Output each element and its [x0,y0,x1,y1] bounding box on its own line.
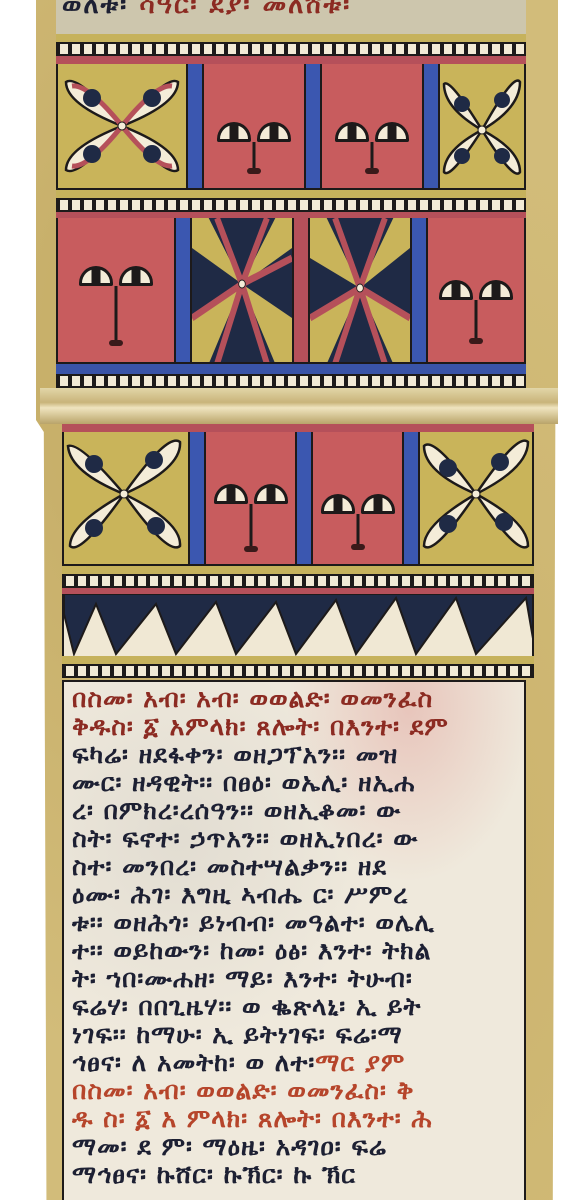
eight-point-star-cell [192,218,292,364]
blue-divider [295,432,313,564]
film-border [56,374,526,388]
blue-divider [188,432,206,564]
text-line: ኅፀና፡ ለ አመትከ፡ ወ ለተ፡ማር ያም [72,1048,520,1078]
panel-3 [62,432,534,564]
eye-icon [439,280,473,300]
star-flower-icon [58,64,186,188]
mouth [244,546,258,552]
eyes [439,280,513,300]
text-segment: ማር ያም [315,1048,405,1077]
film-border [56,42,526,56]
blue-divider [186,64,204,188]
eight-point-star-cell [310,218,410,364]
star-flower-cell [58,64,186,188]
ochre-band [56,188,526,198]
text-line: ፍሬሃ፡ በበጊዜሃ፡፡ ወ ቈጽላኒ፡ ኢ ይት [72,992,520,1022]
ochre-band [62,564,534,574]
eyes [335,122,409,142]
text-line: ረ፡ በምክረ፡ረሰዓን፡፡ ወዘኢቆመ፡ ው [72,796,520,826]
eye-icon [479,280,513,300]
eye-icon [119,266,153,286]
eye-icon [321,494,355,514]
nose [253,142,256,168]
text-line: ት፡ ኀበ፡ሙሐዘ፡ ማይ፡ እንተ፡ ትሁብ፡ [72,964,520,994]
eyes [214,484,288,504]
text-line: ቱ፡፡ ወዘሕጎ፡ ይነብብ፡ መዓልተ፡ ወሌሊ [72,908,520,938]
text-line: ማመ፡ ደ ም፡ ማዕዜ፡ አዳገዐ፡ ፍሬ [72,1132,520,1162]
text-line: ዕሙ፡ ሕገ፡ እግዚ ኣብሔ ር፡ ሥምረ [72,880,520,910]
sawtooth-triangles-icon [64,594,534,656]
red-divider [292,218,310,364]
star-flower-cell [420,432,532,564]
eyes [79,266,153,286]
mouth [109,340,123,346]
eight-point-star-icon [192,218,292,364]
mouth [351,544,365,550]
eye-icon [335,122,369,142]
nose [356,514,359,544]
red-band [62,424,534,432]
text-line: ዱ ስ፡ ፩ አ ምላክ፡ ጸሎት፡ በእንተ፡ ሕ [72,1104,520,1134]
red-band [56,56,526,64]
text-line: ማኅፀና፡ ኩሸር፡ ኩኽር፡ ኩ ኽር [72,1160,520,1190]
text-line: ስት፡ ፍኖተ፡ ኃጥአን፡፡ ወዘኢነበረ፡ ው [72,824,520,854]
top-text-segment: መለሸቱ፡ [263,0,352,20]
eye-icon [257,122,291,142]
face-cell [206,432,295,564]
scroll-fold [40,388,558,424]
text-line: በስመ፡ አብ፡ ወወልድ፡ ወመንፈስ፡ ቅ [72,1076,520,1106]
star-flower-cell [64,432,188,564]
top-text-segment: ወለቱ፡ [62,0,128,20]
nose [371,142,374,168]
text-segment: ኅፀና፡ ለ አመትከ፡ ወ ለተ፡ [72,1048,315,1077]
blue-divider [422,64,440,188]
film-border [56,198,526,212]
panel-2 [56,218,526,364]
film-border [62,574,534,588]
face-cell [313,432,402,564]
text-line: በስመ፡ አብ፡ አብ፡ ወወልድ፡ ወመንፈስ [72,684,520,714]
eyes [217,122,291,142]
mouth [247,168,261,174]
star-flower-icon [420,432,532,564]
top-text-segment: ሳዓር፡ ደያ፡ [128,0,262,20]
text-line: ፍካሬ፡ ዘደፋቀን፡ ወዘጋፕአን፡፡ መዝ [72,740,520,770]
face-cell [322,64,422,188]
text-line: ስተ፡ መንበረ፡ መስተሣልቃን፡፡ ዘደ [72,852,520,882]
film-border [62,664,534,678]
text-line: ተ፡፡ ወይከውን፡ ከመ፡ ዕፅ፡ እንተ፡ ትክል [72,936,520,966]
eye-icon [361,494,395,514]
eye-icon [254,484,288,504]
top-text-strip: ወለቱ፡ ሳዓር፡ ደያ፡ መለሸቱ፡ [56,0,526,36]
top-text-line: ወለቱ፡ ሳዓር፡ ደያ፡ መለሸቱ፡ [62,0,351,21]
mouth [365,168,379,174]
panel-1 [56,64,526,188]
triangle-band [62,594,534,656]
nose [115,286,118,340]
eye-icon [214,484,248,504]
eye-icon [375,122,409,142]
face-cell [58,218,174,364]
blue-divider [402,432,420,564]
blue-divider [174,218,192,364]
ochre-band [62,656,534,664]
star-flower-cell [440,64,524,188]
eye-icon [217,122,251,142]
text-line: ነገፍ፡፡ ከማሁ፡ ኢ ይትነገፍ፡ ፍሬ፡ማ [72,1020,520,1050]
face-cell [204,64,304,188]
text-line: ሙር፡ ዘዳዊት፡፡ በፀዕ፡ ወኤሊ፡ ዘኢሐ [72,768,520,798]
mouth [469,338,483,344]
blue-divider [410,218,428,364]
nose [249,504,252,548]
nose [475,300,478,338]
text-block: በስመ፡ አብ፡ አብ፡ ወወልድ፡ ወመንፈስ ቅዱስ፡ ፩ አምላክ፡ ጸሎ… [62,680,526,1200]
eight-point-star-icon [310,218,410,364]
star-flower-icon [64,432,188,564]
eye-icon [79,266,113,286]
text-line: ቅዱስ፡ ፩ አምላክ፡ ጸሎት፡ በእንተ፡ ደም [72,712,520,742]
blue-divider [304,64,322,188]
star-flower-icon [440,64,524,188]
eyes [321,494,395,514]
face-cell [428,218,524,364]
